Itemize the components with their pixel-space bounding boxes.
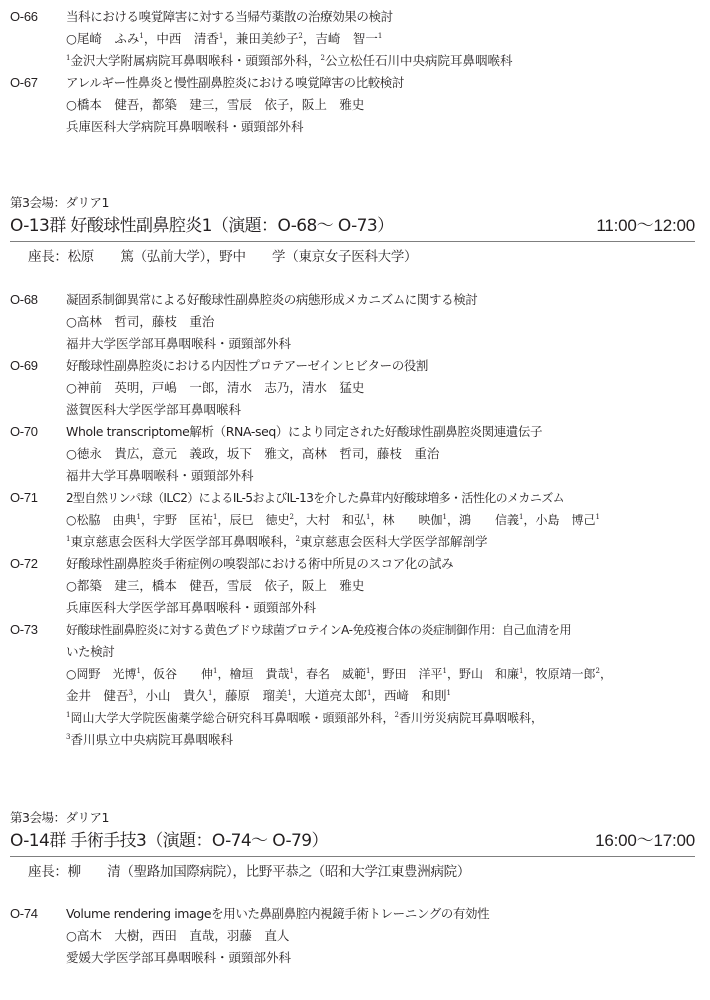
affiliations: 愛媛大学医学部耳鼻咽喉科・頭頸部外科 [66,947,291,969]
venue-label: 第3会場：ダリア1 [10,809,109,827]
session-divider [10,241,695,242]
abstract-title: Volume rendering imageを用いた鼻副鼻腔内視鏡手術トレーニン… [66,903,701,925]
affiliations: 兵庫医科大学病院耳鼻咽喉科・頭頸部外科 [66,116,304,138]
authors: ○都築 建三，橋本 健吾，雪辰 依子，阪上 雅史 [66,575,364,597]
abstract-number: O-72 [10,553,38,575]
abstract-number: O-67 [10,72,38,94]
abstract-number: O-70 [10,421,38,443]
abstract-title: 当科における嗅覚障害に対する当帰芍薬散の治療効果の検討 [66,6,701,28]
affiliations-continued: 3香川県立中央病院耳鼻咽喉科 [66,729,233,751]
abstract-title: 2型自然リンパ球（ILC2）によるIL-5およびIL-13を介した鼻茸内好酸球増… [66,487,701,509]
abstract-title: Whole transcriptome解析（RNA-seq）により同定された好酸… [66,421,701,443]
authors: ○尾崎 ふみ1，中西 清香1，兼田美紗子2，吉崎 智一1 [66,28,382,50]
authors: ○橋本 健吾，都築 建三，雪辰 依子，阪上 雅史 [66,94,364,116]
abstract-title-continued: いた検討 [66,641,701,663]
abstract-number: O-68 [10,289,38,311]
abstract-number: O-66 [10,6,38,28]
venue-label: 第3会場：ダリア1 [10,194,109,212]
abstract-title: 好酸球性副鼻腔炎手術症例の嗅裂部における術中所見のスコア化の試み [66,553,701,575]
session-chairs: 座長：松原 篤（弘前大学），野中 学（東京女子医科大学） [28,246,417,268]
authors: ○松脇 由典1，宇野 匡祐1，辰巳 徳史2，大村 和弘1，林 映伽1，鴻 信義1… [66,509,600,531]
abstract-title: 凝固系制御異常による好酸球性副鼻腔炎の病態形成メカニズムに関する検討 [66,289,701,311]
affiliations: 1東京慈恵会医科大学医学部耳鼻咽喉科，2東京慈恵会医科大学医学部解剖学 [66,531,487,553]
abstract-title: 好酸球性副鼻腔炎における内因性プロテアーゼインヒビターの役割 [66,355,701,377]
authors: ○徳永 貴広，意元 義政，坂下 雅文，高林 哲司，藤枝 重治 [66,443,439,465]
abstract-number: O-71 [10,487,38,509]
authors: ○神前 英明，戸嶋 一郎，清水 志乃，清水 猛史 [66,377,364,399]
authors-continued: 金井 健吾3，小山 貴久1，藤原 瑠美1，大道亮太郎1，西﨑 和則1 [66,685,451,707]
abstract-title: 好酸球性副鼻腔炎に対する黄色ブドウ球菌プロテインA-免疫複合体の炎症制御作用：自… [66,619,701,641]
affiliations: 福井大学医学部耳鼻咽喉科・頭頸部外科 [66,333,291,355]
authors: ○高木 大樹，西田 直哉，羽藤 直人 [66,925,289,947]
abstract-number: O-73 [10,619,38,641]
affiliations: 1岡山大学大学院医歯薬学総合研究科耳鼻咽喉・頭頸部外科，2香川労災病院耳鼻咽喉科… [66,707,543,729]
session-title: O-14群 手術手技3（演題：O-74～ O-79） [10,829,328,853]
session-title: O-13群 好酸球性副鼻腔炎1（演題：O-68～ O-73） [10,214,393,238]
session-divider [10,856,695,857]
session-time: 11:00～12:00 [596,214,695,238]
abstract-title: アレルギー性鼻炎と慢性副鼻腔炎における嗅覚障害の比較検討 [66,72,701,94]
authors: ○岡野 光博1，仮谷 伸1，檜垣 貴哉1，春名 威範1，野田 洋平1，野山 和廉… [66,663,612,685]
affiliations: 1金沢大学附属病院耳鼻咽喉科・頭頸部外科，2公立松任石川中央病院耳鼻咽喉科 [66,50,512,72]
affiliations: 兵庫医科大学医学部耳鼻咽喉科・頭頸部外科 [66,597,316,619]
abstract-number: O-69 [10,355,38,377]
affiliations: 福井大学耳鼻咽喉科・頭頸部外科 [66,465,254,487]
session-time: 16:00～17:00 [595,829,695,853]
session-chairs: 座長：柳 清（聖路加国際病院），比野平恭之（昭和大学江東豊洲病院） [28,861,470,883]
authors: ○高林 哲司，藤枝 重治 [66,311,214,333]
affiliations: 滋賀医科大学医学部耳鼻咽喉科 [66,399,241,421]
abstract-number: O-74 [10,903,38,925]
